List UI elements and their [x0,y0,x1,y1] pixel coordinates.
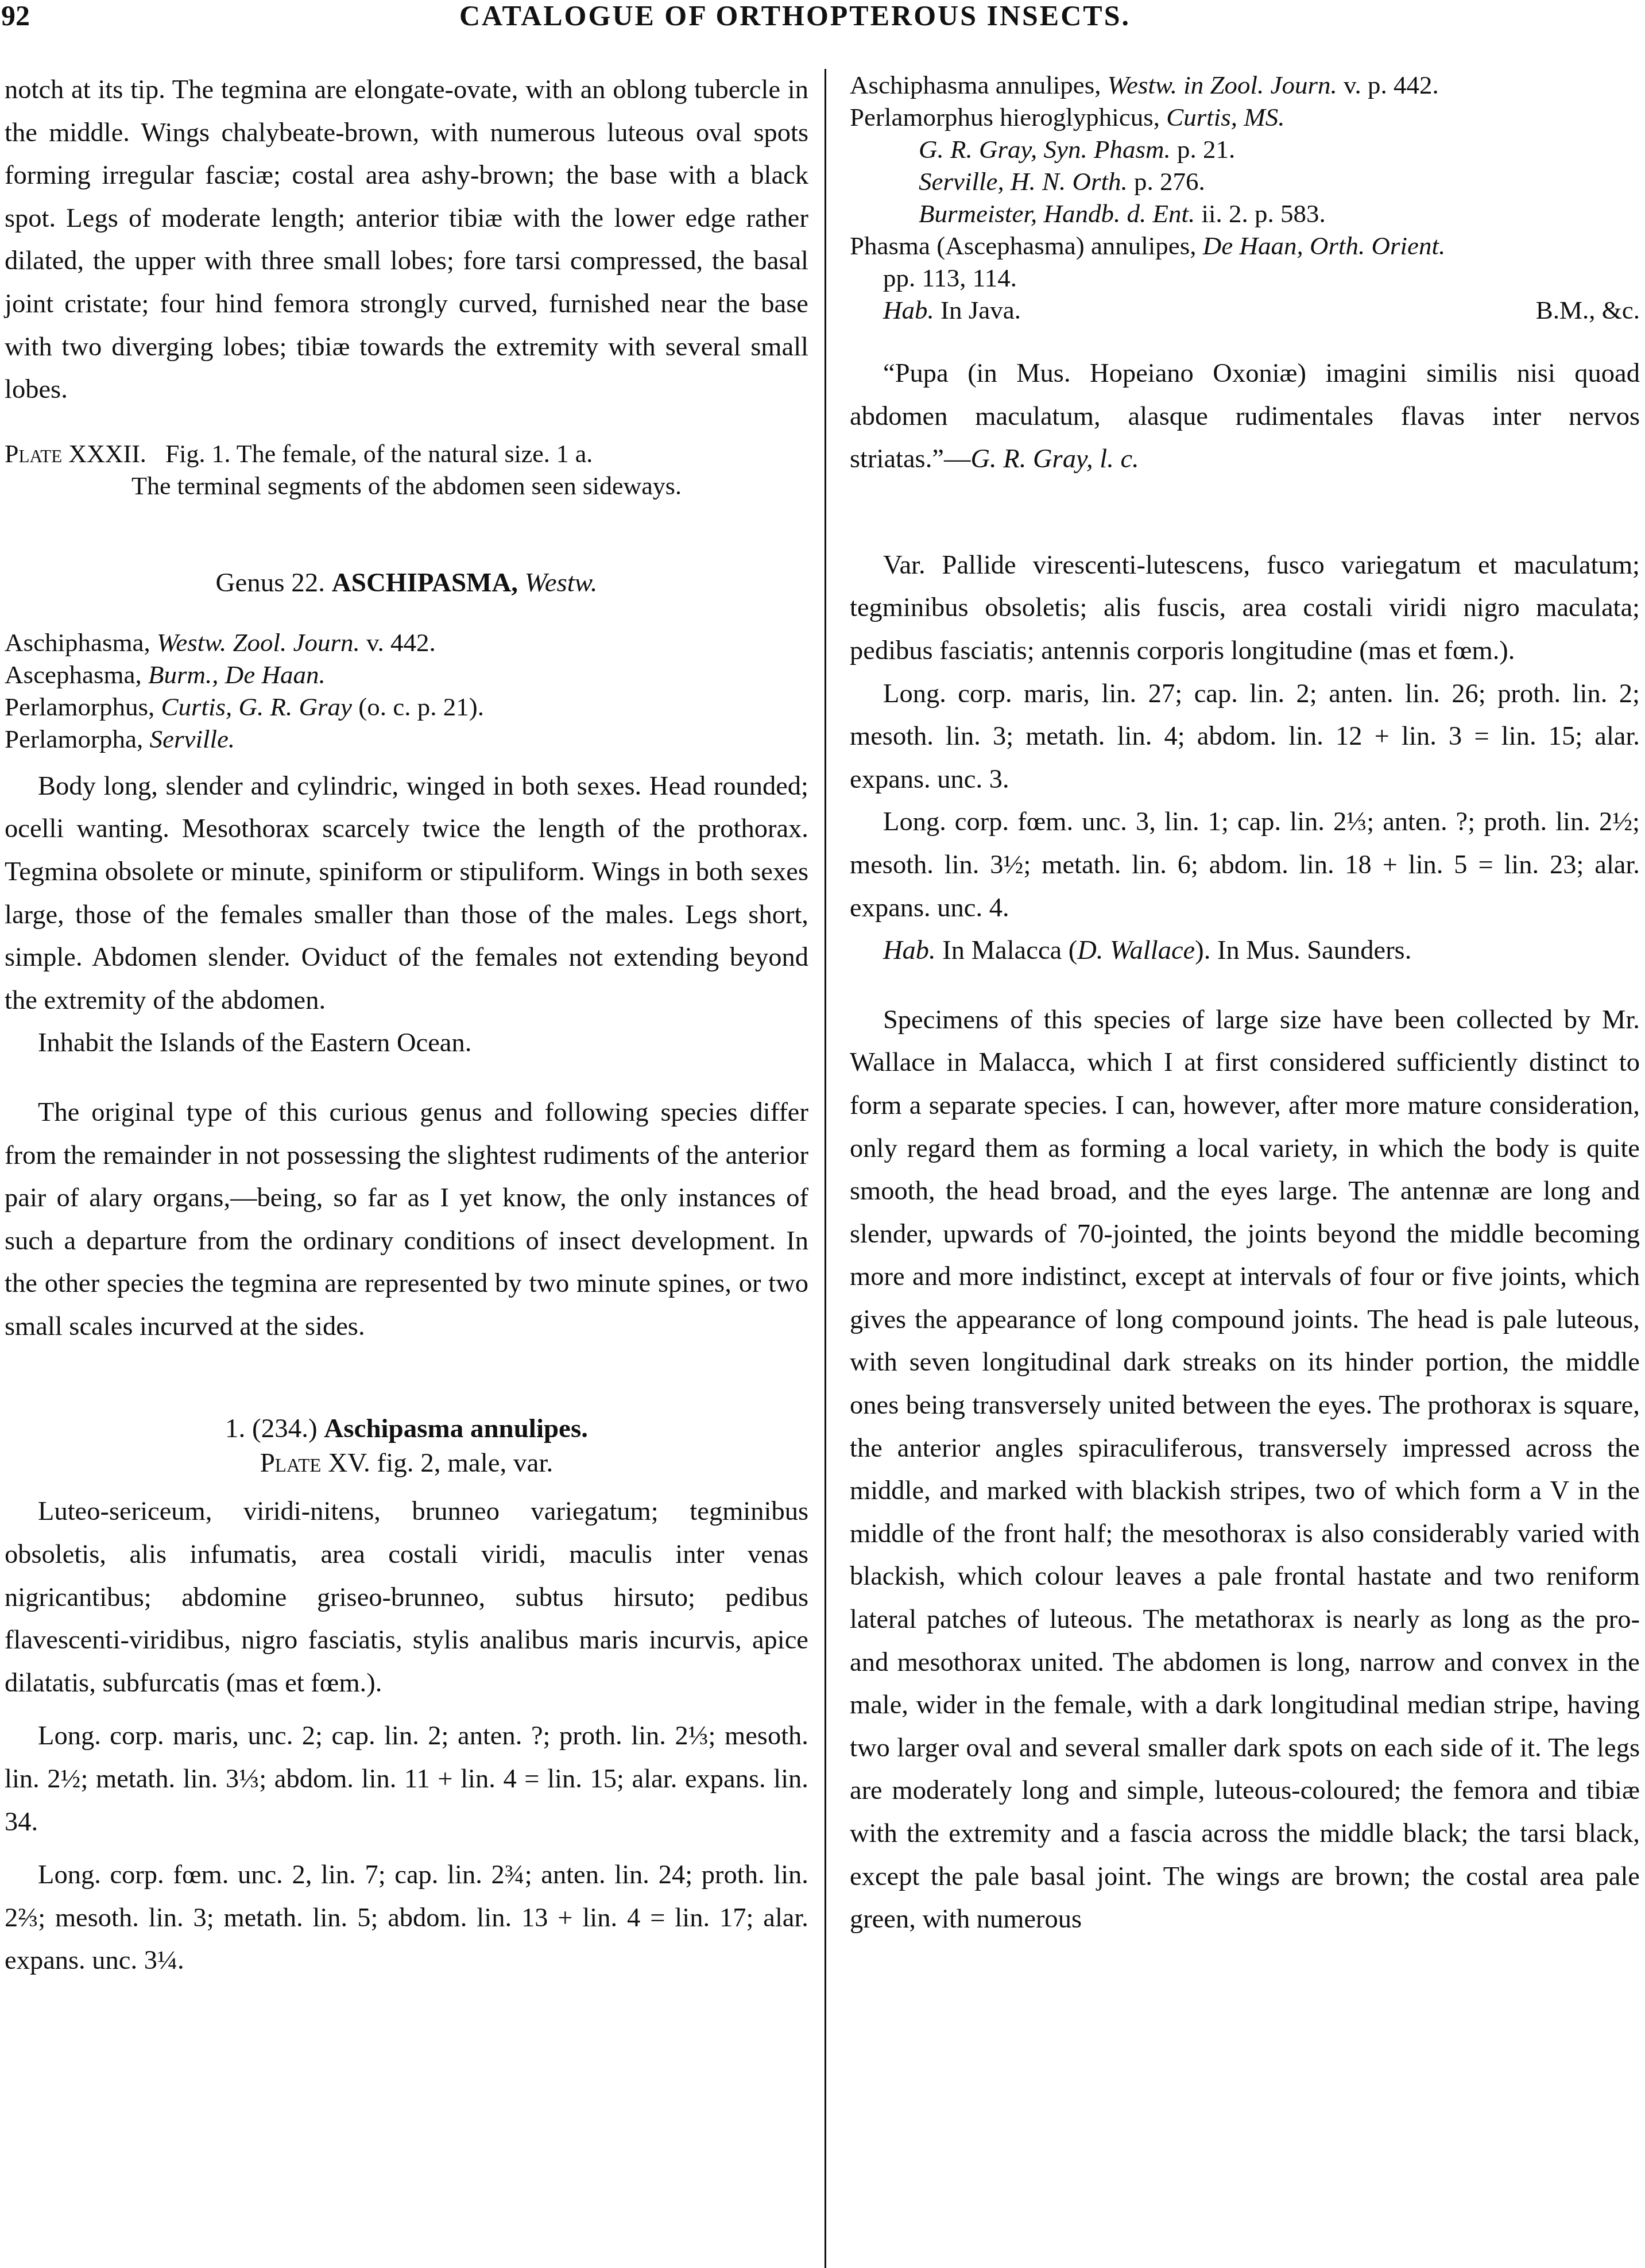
species-synonymy: Aschiphasma annulipes, Westw. in Zool. J… [850,69,1640,294]
genus-number: Genus 22. [216,568,326,598]
species-name: Aschipasma annulipes. [324,1414,588,1443]
quote-source: G. R. Gray, l. c. [970,444,1139,474]
synonym-line: Aschiphasma annulipes, Westw. in Zool. J… [850,69,1640,101]
synonym-line: Ascephasma, Burm., De Haan. [5,659,808,691]
synonym-line: Perlamorphus, Curtis, G. R. Gray (o. c. … [5,691,808,723]
synonym-line: Burmeister, Handb. d. Ent. ii. 2. p. 583… [850,198,1640,230]
species-plate-reference: Plate XV. fig. 2, male, var. [5,1446,808,1480]
intro-paragraph: notch at its tip. The tegmina are elonga… [5,69,808,412]
synonym-line: Serville, H. N. Orth. p. 276. [850,165,1640,198]
genus-description: Body long, slender and cylindric, winged… [5,765,808,1023]
synonym-line: G. R. Gray, Syn. Phasm. p. 21. [850,133,1640,165]
habitat-java: Hab. In Java. B.M., &c. [850,294,1640,326]
genus-habitat: Inhabit the Islands of the Eastern Ocean… [5,1022,808,1065]
genus-synonymy: Aschiphasma, Westw. Zool. Journ. v. 442.… [5,626,808,755]
genus-note: The original type of this curious genus … [5,1092,808,1349]
male-measurements: Long. corp. maris, unc. 2; cap. lin. 2; … [5,1715,808,1844]
female-measurements: Long. corp. fœm. unc. 2, lin. 7; cap. li… [5,1854,808,1983]
synonym-line: Perlamorphus hieroglyphicus, Curtis, MS. [850,101,1640,133]
variety-female-measurements: Long. corp. fœm. unc. 3, lin. 1; cap. li… [850,801,1640,930]
variety-diagnosis: Var. Pallide virescenti-lutescens, fusco… [850,544,1640,673]
habitat-label: Hab. [883,296,934,324]
genus-author: Westw. [525,568,598,598]
collection-text: B.M., &c. [1536,294,1640,326]
synonym-line: Phasma (Ascephasma) annulipes, De Haan, … [850,230,1640,262]
synonym-line: Perlamorpha, Serville. [5,723,808,755]
page-number: 92 [1,1,30,30]
genus-name: ASCHIPASMA, [332,568,518,598]
column-divider [825,69,826,2268]
species-number: 1. (234.) [225,1414,318,1443]
page-header: 92 CATALOGUE OF ORTHOPTEROUS INSECTS. [0,0,1645,34]
plate-caption: Plate XXXII. Fig. 1. The female, of the … [5,438,808,502]
running-title: CATALOGUE OF ORTHOPTEROUS INSECTS. [459,1,1131,30]
synonym-line: pp. 113, 114. [850,262,1640,294]
right-column: Aschiphasma annulipes, Westw. in Zool. J… [850,69,1640,1941]
left-column: notch at its tip. The tegmina are elonga… [5,69,808,1983]
species-heading: 1. (234.) Aschipasma annulipes. [5,1411,808,1446]
genus-heading: Genus 22. ASCHIPASMA, Westw. [5,566,808,600]
variety-male-measurements: Long. corp. maris, lin. 27; cap. lin. 2;… [850,673,1640,802]
plate-caption-line1: Fig. 1. The female, of the natural size.… [165,440,593,468]
gray-quote: “Pupa (in Mus. Hopeiano Oxoniæ) imagini … [850,353,1640,481]
discussion-paragraph: Specimens of this species of large size … [850,999,1640,1941]
habitat-malacca: Hab. In Malacca (D. Wallace). In Mus. Sa… [850,930,1640,973]
species-diagnosis: Luteo-sericeum, viridi-nitens, brunneo v… [5,1491,808,1705]
plate-caption-line2: The terminal segments of the abdomen see… [5,470,808,502]
synonym-line: Aschiphasma, Westw. Zool. Journ. v. 442. [5,626,808,659]
habitat-text: In Java. [940,296,1021,324]
plate-label: Plate XXXII. [5,440,146,468]
